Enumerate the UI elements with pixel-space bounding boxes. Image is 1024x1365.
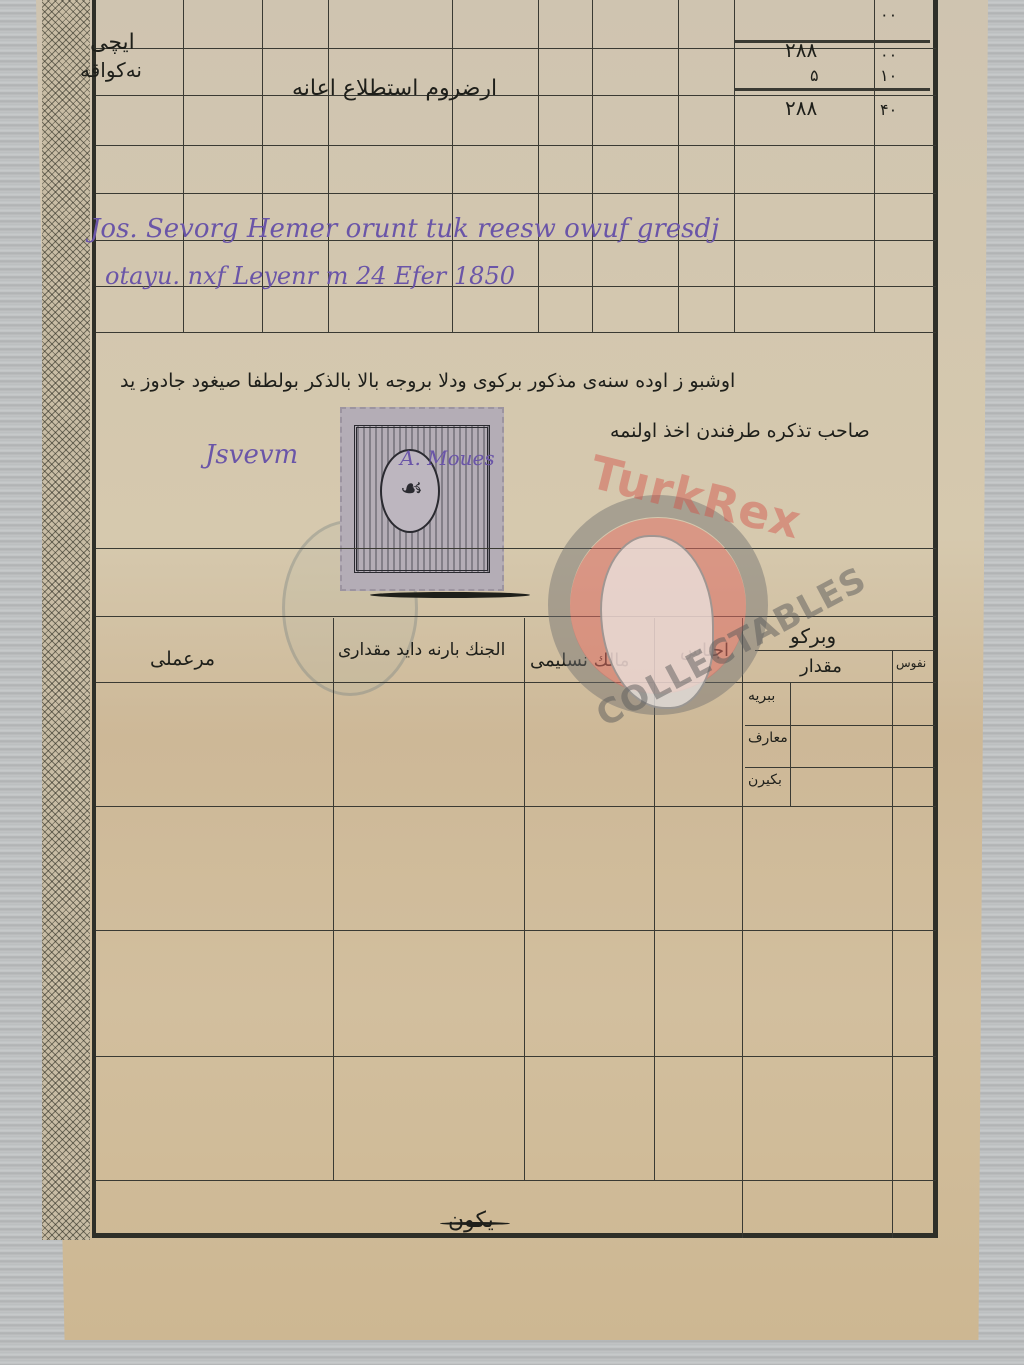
column-header-mahal: مرعملی (150, 648, 215, 670)
lower-header-bottom (96, 682, 936, 683)
row-label-2: معارف (748, 730, 788, 746)
column-subheader-miktar: مقدار (800, 656, 842, 677)
amount-sep-line (735, 88, 930, 91)
row-line (96, 930, 936, 931)
amount-sub-1: ۰۰ (880, 45, 897, 64)
row-line (745, 767, 935, 768)
top-col-line (874, 0, 875, 333)
lower-subheader-line (755, 650, 935, 651)
top-left-label-1: ایچی (90, 30, 135, 55)
amount-main-1: ۲۸۸ (785, 38, 817, 62)
lower-col-line (333, 618, 334, 1180)
printed-text-line1: اوشبو ز اوده سنه‌ی مذكور بركوی ودلا بروج… (120, 370, 735, 392)
ink-signature: Jsvevm (205, 440, 298, 470)
amount-sub-0: ۰۰ (880, 5, 897, 24)
lower-col-line (742, 618, 743, 1238)
row-line (96, 806, 936, 807)
header-flourish (370, 592, 530, 598)
top-table-bottom (96, 332, 936, 333)
amount-sub-3: ۴۰ (880, 100, 897, 119)
stamp-overprint-signature: A. Moues (400, 446, 495, 470)
top-col-line (592, 0, 593, 333)
lower-col-line (524, 618, 525, 1180)
guilloche-border (42, 0, 90, 1240)
top-left-label-2: نه‌كواقه (80, 58, 142, 82)
top-table-line (96, 193, 936, 194)
column-header-nufus: نفوس (896, 656, 926, 670)
printed-text-line2: صاحب تذكره طرفندن اخذ اولنمه (610, 420, 870, 442)
top-col-line (678, 0, 679, 333)
tughra-icon: ☙ (400, 471, 418, 507)
row-line (745, 725, 935, 726)
amount-sub-2: ۱۰ (880, 66, 897, 85)
footer-total-label: يكون (448, 1208, 494, 1233)
top-middle-entry: ارضروم استطلاع اعانه (292, 76, 497, 101)
footer-flourish (440, 1222, 510, 1225)
top-col-line (538, 0, 539, 333)
top-col-line (734, 0, 735, 333)
amount-main-2: ۵ (810, 66, 819, 85)
amount-sep-line (735, 40, 930, 43)
handwritten-note-line1: Jos. Sevorg Hemer orunt tuk reesw owuf g… (90, 214, 719, 244)
footer-line (96, 1180, 936, 1181)
column-header-miktar: الجنك بارنه دايد مقدارى (338, 640, 505, 660)
lower-col-line (790, 682, 791, 807)
top-table-line (96, 145, 936, 146)
lower-col-line (892, 650, 893, 1238)
row-line (96, 1056, 936, 1057)
handwritten-note-line2: otayu. nxf Leyenr m 24 Efer 1850 (105, 262, 515, 290)
row-label-3: بكيرن (748, 772, 782, 788)
amount-main-3: ۲۸۸ (785, 96, 817, 120)
revenue-stamp: ☙ (340, 407, 504, 591)
section-divider (96, 548, 936, 549)
row-label-1: ببريه (748, 688, 775, 704)
